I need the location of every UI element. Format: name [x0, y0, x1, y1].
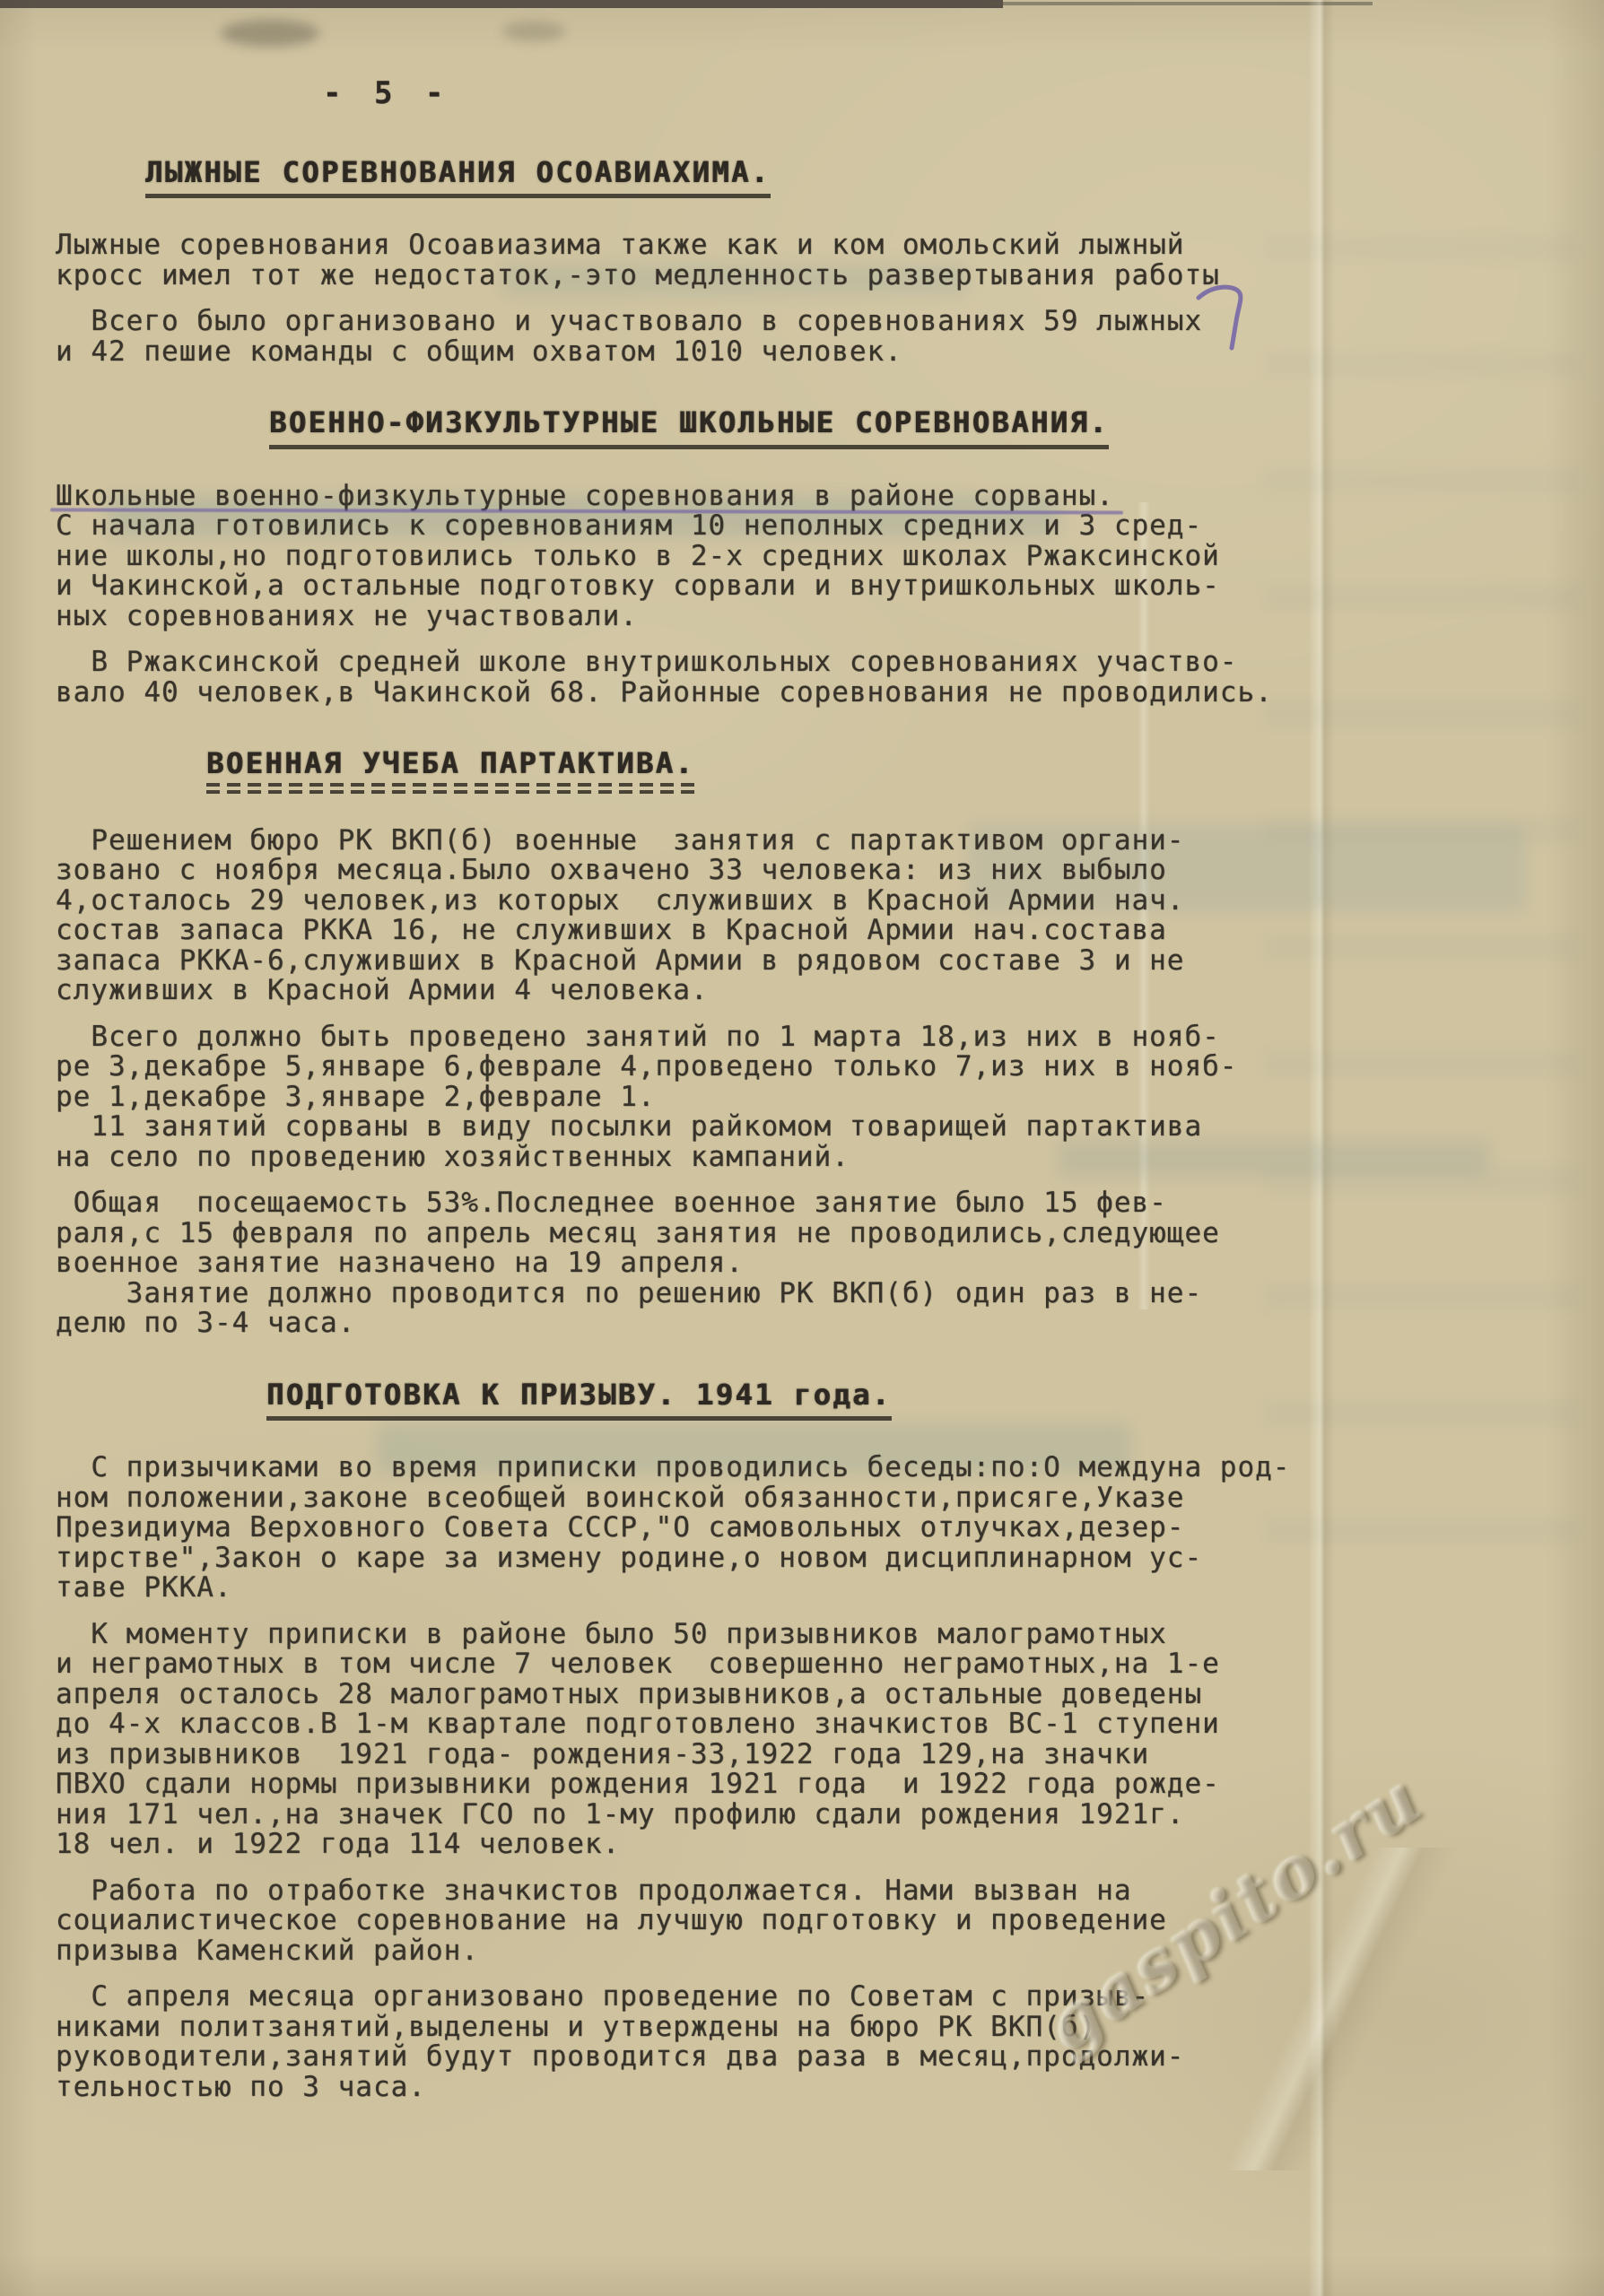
- text-line: ре 1,декабре 3,январе 2,феврале 1.: [56, 1083, 656, 1113]
- section-heading: ПОДГОТОВКА К ПРИЗЫВУ. 1941 года.: [266, 1380, 892, 1422]
- paragraph: Решением бюро РК ВКП(б) военные занятия …: [56, 826, 1276, 1006]
- text-line: апреля осталось 28 малограмотных призывн…: [56, 1680, 1202, 1710]
- text-line: состав запаса РККА 16, не служивших в Кр…: [56, 916, 1167, 946]
- text-line: С призычиками во время приписки проводил…: [56, 1453, 1290, 1483]
- text-line: тирстве",Закон о каре за измену родине,о…: [56, 1544, 1202, 1574]
- paragraph: Всего было организовано и участвовало в …: [56, 307, 1276, 367]
- text-line: К моменту приписки в районе было 50 приз…: [56, 1620, 1167, 1650]
- paragraph: К моменту приписки в районе было 50 приз…: [56, 1620, 1276, 1860]
- text-line: Решением бюро РК ВКП(б) военные занятия …: [56, 826, 1184, 857]
- document-section: ВОЕННАЯ УЧЕБА ПАРТАКТИВА. Решением бюро …: [56, 749, 1276, 1339]
- text-line: Общая посещаемость 53%.Последнее военное…: [56, 1188, 1167, 1219]
- text-line: на село по проведению хозяйственных камп…: [56, 1143, 850, 1173]
- text-line: 4,осталось 29 человек,из которых служивш…: [56, 886, 1184, 917]
- text-line: запаса РККА-6,служивших в Красной Армии …: [56, 946, 1184, 977]
- paragraph: Школьные военно-физкультурные соревнован…: [56, 482, 1276, 632]
- text-line: до 4-х классов.В 1-м квартале подготовле…: [56, 1709, 1220, 1740]
- text-line: тельностью по 3 часа.: [56, 2073, 426, 2103]
- document-content: - 5 - ЛЫЖНЫЕ СОРЕВНОВАНИЯ ОСОАВИАХИМА.Лы…: [0, 0, 1312, 2102]
- text-line: Лыжные соревнования Осоавиазима также ка…: [56, 230, 1184, 261]
- text-line: и Чакинской,а остальные подготовку сорва…: [56, 571, 1220, 602]
- text-line: ре 3,декабре 5,январе 6,феврале 4,провед…: [56, 1052, 1237, 1083]
- paragraph: Общая посещаемость 53%.Последнее военное…: [56, 1188, 1276, 1339]
- document-page: - 5 - ЛЫЖНЫЕ СОРЕВНОВАНИЯ ОСОАВИАХИМА.Лы…: [0, 0, 1604, 2296]
- paragraph: В Ржаксинской средней школе внутришкольн…: [56, 648, 1276, 708]
- text-line: Работа по отработке значкистов продолжае…: [56, 1876, 1131, 1907]
- text-line: Президиума Верховного Совета СССР,"О сам…: [56, 1513, 1184, 1544]
- text-line: С апреля месяца организовано проведение …: [56, 1982, 1149, 2013]
- ink-showthrough-stain: [1265, 179, 1579, 1543]
- text-line: вало 40 человек,в Чакинской 68. Районные…: [56, 678, 1273, 709]
- document-section: ЛЫЖНЫЕ СОРЕВНОВАНИЯ ОСОАВИАХИМА.Лыжные с…: [56, 158, 1276, 368]
- paragraph: Лыжные соревнования Осоавиазима также ка…: [56, 230, 1276, 291]
- text-line: кросс имел тот же недостаток,-это медлен…: [56, 261, 1220, 291]
- text-line: ние школы,но подготовились только в 2-х …: [56, 542, 1220, 572]
- section-heading: ЛЫЖНЫЕ СОРЕВНОВАНИЯ ОСОАВИАХИМА.: [145, 158, 771, 199]
- text-line: социалистическое соревнование на лучшую …: [56, 1906, 1167, 1936]
- text-line: Школьные военно-физкультурные соревнован…: [56, 482, 1114, 512]
- text-line: руководители,занятий будут проводится дв…: [56, 2042, 1184, 2073]
- text-line: 18 чел. и 1922 года 114 человек.: [56, 1830, 620, 1860]
- text-line: Всего должно быть проведено занятий по 1…: [56, 1022, 1220, 1053]
- paragraph: Всего должно быть проведено занятий по 1…: [56, 1022, 1276, 1173]
- text-line: ПВХО сдали нормы призывники рождения 192…: [56, 1770, 1220, 1800]
- text-line: никами политзанятий,выделены и утвержден…: [56, 2013, 1096, 2043]
- text-line: делю по 3-4 часа.: [56, 1309, 355, 1339]
- text-line: призыва Каменский район.: [56, 1936, 479, 1967]
- section-heading: ВОЕННО-ФИЗКУЛЬТУРНЫЕ ШКОЛЬНЫЕ СОРЕВНОВАН…: [269, 408, 1109, 449]
- text-line: ния 171 чел.,на значек ГСО по 1-му профи…: [56, 1800, 1184, 1831]
- text-line: и неграмотных в том числе 7 человек сове…: [56, 1649, 1220, 1680]
- text-line: из призывников 1921 года- рождения-33,19…: [56, 1740, 1149, 1770]
- text-line: Всего было организовано и участвовало в …: [56, 307, 1202, 337]
- text-line: военное занятие назначено на 19 апреля.: [56, 1248, 744, 1279]
- text-line: Занятие должно проводится по решению РК …: [56, 1279, 1202, 1309]
- page-number: - 5 -: [323, 79, 450, 109]
- paragraph: С призычиками во время приписки проводил…: [56, 1453, 1276, 1604]
- text-line: и 42 пешие команды с общим охватом 1010 …: [56, 337, 902, 368]
- text-line: ном положении,законе всеобщей воинской о…: [56, 1483, 1184, 1514]
- pen-bracket-icon: [1191, 280, 1256, 357]
- text-line: ных соревнованиях не участвовали.: [56, 602, 638, 632]
- text-line: зовано с ноября месяца.Было охвачено 33 …: [56, 856, 1167, 886]
- text-line: раля,с 15 февраля по апрель месяц заняти…: [56, 1219, 1220, 1249]
- text-line: С начала готовились к соревнованиям 10 н…: [56, 511, 1202, 542]
- text-line: 11 занятий сорваны в виду посылки райком…: [56, 1112, 1202, 1143]
- document-section: ВОЕННО-ФИЗКУЛЬТУРНЫЕ ШКОЛЬНЫЕ СОРЕВНОВАН…: [56, 408, 1276, 708]
- text-line: таве РККА.: [56, 1573, 232, 1604]
- section-heading: ВОЕННАЯ УЧЕБА ПАРТАКТИВА.: [206, 749, 694, 794]
- paragraph: Работа по отработке значкистов продолжае…: [56, 1876, 1276, 1967]
- text-line: служивших в Красной Армии 4 человека.: [56, 976, 709, 1006]
- text-line: В Ржаксинской средней школе внутришкольн…: [56, 648, 1237, 678]
